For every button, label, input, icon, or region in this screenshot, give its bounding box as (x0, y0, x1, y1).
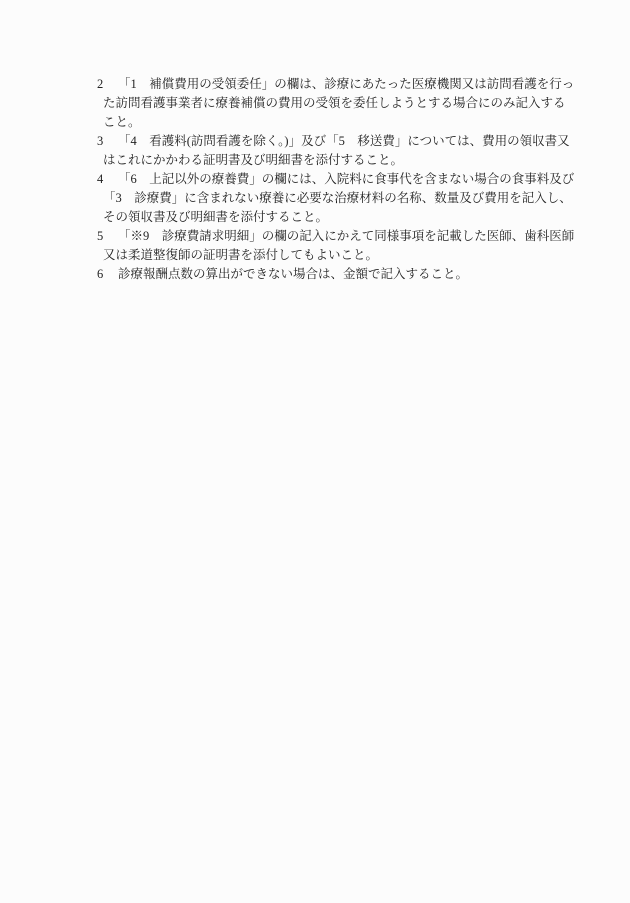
item-text: その領収書及び明細書を添付すること。 (103, 210, 328, 224)
list-item-6: 6診療報酬点数の算出ができない場合は、金額で記入すること。 (97, 265, 574, 284)
item-line: 4「6 上記以外の療養費」の欄には、入院料に食事代を含まない場合の食事料及び (97, 170, 574, 189)
list-item-3: 3「4 看護料(訪問看護を除く。)」及び「5 移送費」については、費用の領収書又… (97, 132, 574, 170)
item-text: 診療報酬点数の算出ができない場合は、金額で記入すること。 (118, 267, 468, 281)
list-item-5: 5「※9 診療費請求明細」の欄の記入にかえて同様事項を記載した医師、歯科医師 又… (97, 227, 574, 265)
item-number: 4 (97, 170, 118, 189)
item-line: はこれにかかわる証明書及び明細書を添付すること。 (97, 151, 574, 170)
list-item-4: 4「6 上記以外の療養費」の欄には、入院料に食事代を含まない場合の食事料及び 「… (97, 170, 574, 227)
list-item-2: 2「1 補償費用の受領委任」の欄は、診療にあたった医療機関又は訪問看護を行っ た… (97, 75, 574, 132)
item-text: はこれにかかわる証明書及び明細書を添付すること。 (103, 153, 403, 167)
item-text: 「6 上記以外の療養費」の欄には、入院料に食事代を含まない場合の食事料及び (118, 172, 574, 186)
item-text: こと。 (103, 115, 141, 129)
item-line: た訪問看護事業者に療養補償の費用の受領を委任しようとする場合にのみ記入する (97, 94, 574, 113)
item-line: その領収書及び明細書を添付すること。 (97, 208, 574, 227)
item-text: 「※9 診療費請求明細」の欄の記入にかえて同様事項を記載した医師、歯科医師 (118, 229, 574, 243)
item-line: 5「※9 診療費請求明細」の欄の記入にかえて同様事項を記載した医師、歯科医師 (97, 227, 574, 246)
item-text: 「1 補償費用の受領委任」の欄は、診療にあたった医療機関又は訪問看護を行っ (118, 77, 574, 91)
item-text: 又は柔道整復師の証明書を添付してもよいこと。 (103, 248, 378, 262)
item-text: 「3 診療費」に含まれない療養に必要な治療材料の名称、数量及び費用を記入し、 (103, 191, 572, 205)
item-number: 2 (97, 75, 118, 94)
item-line: こと。 (97, 113, 574, 132)
item-number: 3 (97, 132, 118, 151)
document-page: 2「1 補償費用の受領委任」の欄は、診療にあたった医療機関又は訪問看護を行っ た… (0, 0, 630, 903)
instructions-list: 2「1 補償費用の受領委任」の欄は、診療にあたった医療機関又は訪問看護を行っ た… (97, 75, 574, 284)
item-line: 2「1 補償費用の受領委任」の欄は、診療にあたった医療機関又は訪問看護を行っ (97, 75, 574, 94)
item-number: 5 (97, 227, 118, 246)
item-text: 「4 看護料(訪問看護を除く。)」及び「5 移送費」については、費用の領収書又 (118, 134, 570, 148)
item-text: た訪問看護事業者に療養補償の費用の受領を委任しようとする場合にのみ記入する (103, 96, 566, 110)
item-line: 6診療報酬点数の算出ができない場合は、金額で記入すること。 (97, 265, 574, 284)
item-number: 6 (97, 265, 118, 284)
item-line: 又は柔道整復師の証明書を添付してもよいこと。 (97, 246, 574, 265)
item-line: 「3 診療費」に含まれない療養に必要な治療材料の名称、数量及び費用を記入し、 (97, 189, 574, 208)
item-line: 3「4 看護料(訪問看護を除く。)」及び「5 移送費」については、費用の領収書又 (97, 132, 574, 151)
